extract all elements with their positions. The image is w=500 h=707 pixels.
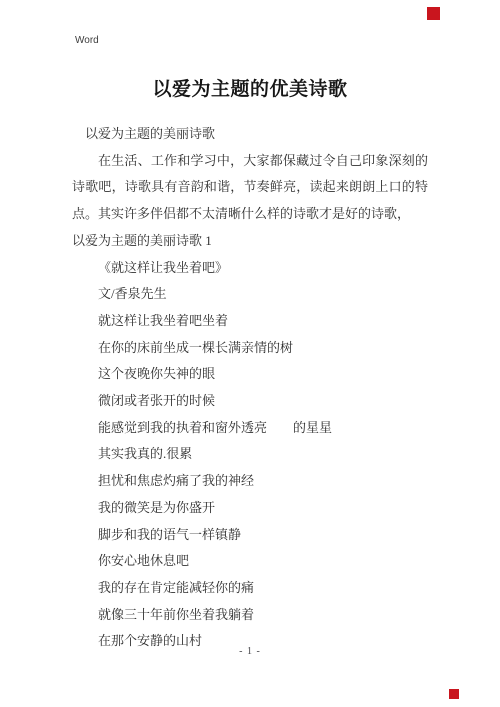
poem-title: 《就这样让我坐着吧》 [98, 255, 428, 282]
document-title: 以爱为主题的优美诗歌 [0, 74, 500, 101]
document-body: 以爱为主题的美丽诗歌 在生活、工作和学习中，大家都保藏过令自己印象深刻的诗歌吧，… [72, 121, 428, 655]
red-logo-mark-top [427, 7, 440, 20]
page-number: - 1 - [239, 646, 261, 657]
poem-line: 你安心地休息吧 [98, 548, 428, 575]
word-app-label: Word [75, 35, 99, 46]
document-page: Word 以爱为主题的优美诗歌 以爱为主题的美丽诗歌 在生活、工作和学习中，大家… [0, 0, 500, 707]
poem-line: 能感觉到我的执着和窗外透亮 的星星 [98, 415, 428, 442]
intro-paragraph: 在生活、工作和学习中，大家都保藏过令自己印象深刻的诗歌吧，诗歌具有音韵和谐，节奏… [72, 148, 428, 228]
poem: 《就这样让我坐着吧》 文/香泉先生 就这样让我坐着吧坐着 在你的床前坐成一棵长满… [72, 255, 428, 656]
poem-line: 我的微笑是为你盛开 [98, 495, 428, 522]
poem-line: 这个夜晚你失神的眼 [98, 361, 428, 388]
poem-line: 担忧和焦虑灼痛了我的神经 [98, 468, 428, 495]
poem-line: 微闭或者张开的时候 [98, 388, 428, 415]
poem-line: 脚步和我的语气一样镇静 [98, 522, 428, 549]
poem-line: 我的存在肯定能减轻你的痛 [98, 575, 428, 602]
poem-line: 就这样让我坐着吧坐着 [98, 308, 428, 335]
subtitle-line: 以爱为主题的美丽诗歌 [72, 121, 428, 148]
page-footer: - 1 - [0, 646, 500, 657]
section-heading: 以爱为主题的美丽诗歌 1 [72, 228, 428, 255]
poem-line: 就像三十年前你坐着我躺着 [98, 602, 428, 629]
poem-line: 在你的床前坐成一棵长满亲情的树 [98, 335, 428, 362]
red-logo-mark-bottom [449, 689, 459, 699]
poem-line: 其实我真的.很累 [98, 441, 428, 468]
poem-author: 文/香泉先生 [98, 281, 428, 308]
